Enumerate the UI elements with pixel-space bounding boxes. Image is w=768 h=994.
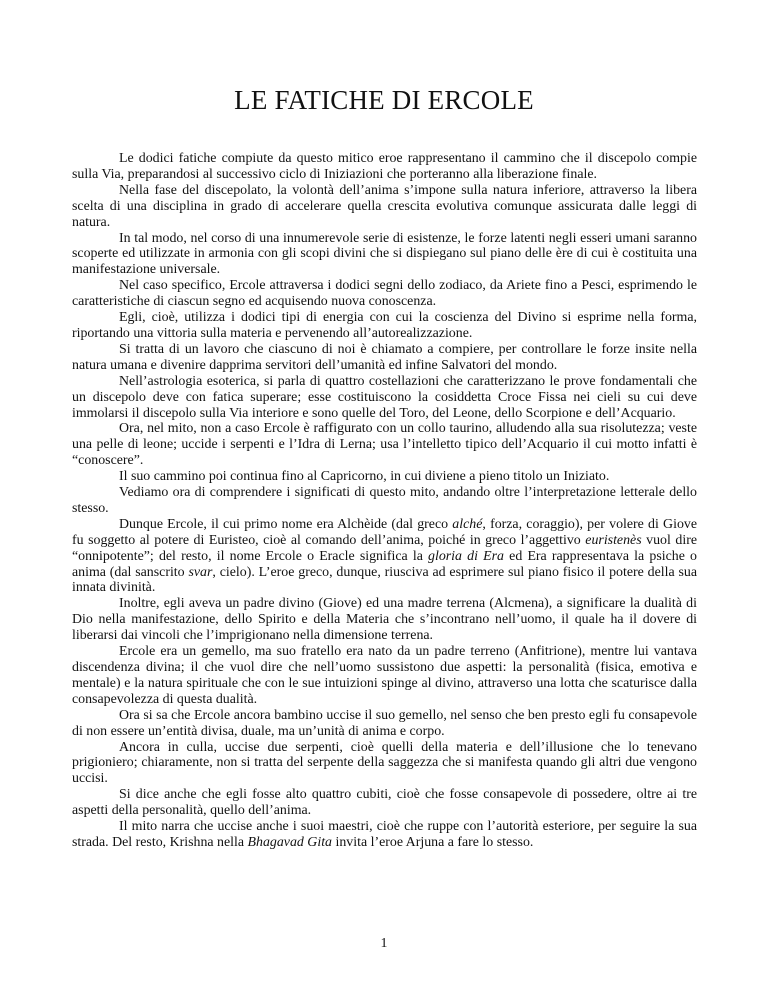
paragraph: Inoltre, egli aveva un padre divino (Gio… xyxy=(72,596,697,644)
paragraph: Le dodici fatiche compiute da questo mit… xyxy=(72,151,697,183)
document-body: Le dodici fatiche compiute da questo mit… xyxy=(72,151,697,851)
paragraph: Nel caso specifico, Ercole attraversa i … xyxy=(72,278,697,310)
italic-term: gloria di Era xyxy=(428,549,504,564)
paragraph: Vediamo ora di comprendere i significati… xyxy=(72,485,697,517)
paragraph: Si dice anche che egli fosse alto quattr… xyxy=(72,787,697,819)
italic-term: svar xyxy=(188,565,212,580)
paragraph: In tal modo, nel corso di una innumerevo… xyxy=(72,231,697,279)
italic-title: Bhagavad Gita xyxy=(248,835,333,850)
paragraph: Nell’astrologia esoterica, si parla di q… xyxy=(72,374,697,422)
text-run: invita l’eroe Arjuna a fare lo stesso. xyxy=(332,835,533,850)
text-run: Dunque Ercole, il cui primo nome era Alc… xyxy=(119,517,452,532)
paragraph: Ora, nel mito, non a caso Ercole è raffi… xyxy=(72,421,697,469)
paragraph: Nella fase del discepolato, la volontà d… xyxy=(72,183,697,231)
document-title: LE FATICHE DI ERCOLE xyxy=(0,84,768,116)
italic-term: alché xyxy=(452,517,482,532)
document-page: LE FATICHE DI ERCOLE Le dodici fatiche c… xyxy=(0,0,768,994)
paragraph: Egli, cioè, utilizza i dodici tipi di en… xyxy=(72,310,697,342)
paragraph: Dunque Ercole, il cui primo nome era Alc… xyxy=(72,517,697,597)
paragraph: Ercole era un gemello, ma suo fratello e… xyxy=(72,644,697,708)
paragraph: Il suo cammino poi continua fino al Capr… xyxy=(72,469,697,485)
paragraph: Si tratta di un lavoro che ciascuno di n… xyxy=(72,342,697,374)
page-number: 1 xyxy=(0,936,768,952)
paragraph: Ancora in culla, uccise due serpenti, ci… xyxy=(72,740,697,788)
paragraph: Il mito narra che uccise anche i suoi ma… xyxy=(72,819,697,851)
paragraph: Ora si sa che Ercole ancora bambino ucci… xyxy=(72,708,697,740)
italic-term: euristenès xyxy=(585,533,641,548)
